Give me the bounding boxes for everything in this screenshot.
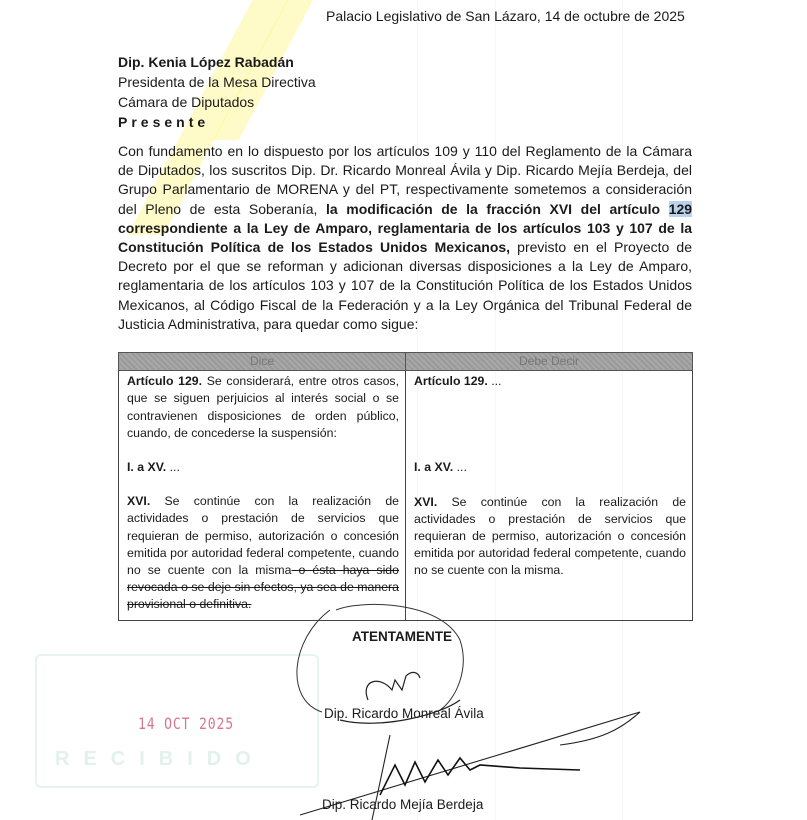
body-bold-part: la modificación de la fracción XVI del a…	[326, 201, 669, 217]
signature-mark-2	[380, 758, 580, 795]
recipient-chamber: Cámara de Diputados	[118, 92, 316, 112]
column-header-debe-decir: Debe Decir	[406, 353, 693, 371]
fraction-label: XVI.	[127, 494, 150, 508]
range-label: I. a XV.	[414, 460, 453, 474]
document-page: Palacio Legislativo de San Lázaro, 14 de…	[0, 0, 807, 820]
fraction-xvi: XVI. Se continúe con la realización de a…	[127, 493, 399, 613]
cell-dice: Artículo 129. Se considerará, entre otro…	[119, 371, 406, 620]
recipient-block: Dip. Kenia López Rabadán Presidenta de l…	[118, 52, 316, 132]
article-intro: Artículo 129. ...	[414, 373, 686, 390]
signer-name-1: Dip. Ricardo Monreal Ávila	[324, 706, 484, 721]
stamp-faint-text: RECIBIDO	[55, 748, 265, 771]
range-text: ...	[453, 460, 467, 474]
range-text: ...	[166, 460, 180, 474]
recipient-title: Presidenta de la Mesa Directiva	[118, 72, 316, 92]
body-paragraph: Con fundamento en lo dispuesto por los a…	[118, 142, 692, 334]
cell-debe-decir: Artículo 129. ... I. a XV. ... XVI. Se c…	[406, 371, 693, 620]
article-text: ...	[488, 374, 502, 388]
comparison-table: Dice Debe Decir Artículo 129. Se conside…	[118, 352, 693, 621]
fraction-xvi: XVI. Se continúe con la realización de a…	[414, 494, 686, 580]
fraction-label: XVI.	[414, 495, 437, 509]
fraction-text: Se continúe con la realización de activi…	[414, 495, 686, 578]
place-date: Palacio Legislativo de San Lázaro, 14 de…	[326, 8, 685, 24]
recipient-name: Dip. Kenia López Rabadán	[118, 52, 316, 72]
article-label: Artículo 129.	[414, 374, 488, 388]
fraction-range: I. a XV. ...	[414, 459, 686, 476]
salutation: Presente	[118, 112, 316, 132]
article-intro: Artículo 129. Se considerará, entre otro…	[127, 373, 399, 442]
fraction-range: I. a XV. ...	[127, 459, 399, 476]
signer-name-2: Dip. Ricardo Mejía Berdeja	[322, 797, 483, 812]
closing-atentamente: ATENTAMENTE	[352, 629, 452, 644]
article-label: Artículo 129.	[127, 374, 202, 388]
highlighted-article-number: 129	[669, 201, 692, 217]
range-label: I. a XV.	[127, 460, 166, 474]
column-header-dice: Dice	[119, 353, 406, 371]
stamp-date: 14 OCT 2025	[138, 714, 234, 733]
